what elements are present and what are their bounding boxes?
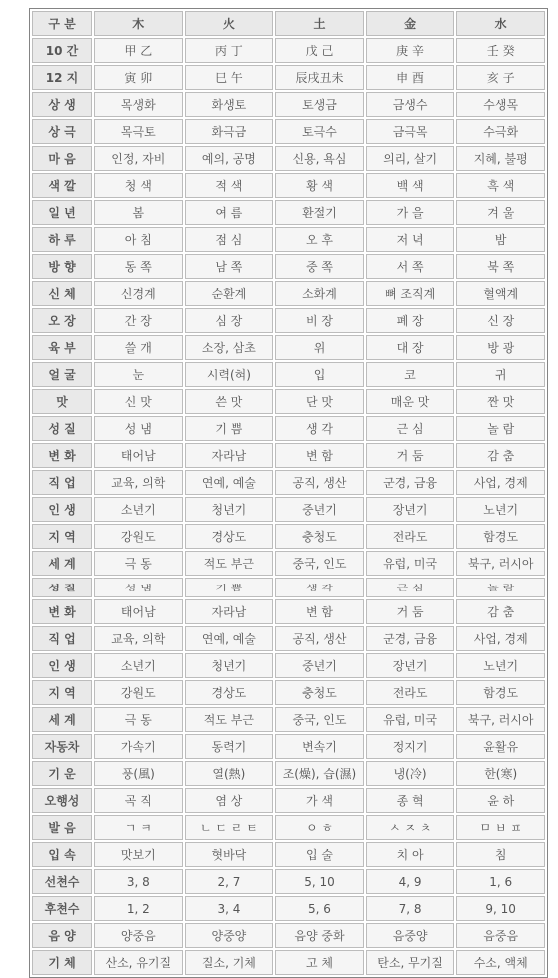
value-cell: ㅇ ㅎ bbox=[275, 815, 364, 840]
value-cell: 강원도 bbox=[94, 680, 183, 705]
value-cell: 귀 bbox=[456, 362, 545, 387]
row-label-cell: 방 향 bbox=[32, 254, 92, 279]
page: 구 분 木 火 土 金 水 10 간甲 乙丙 丁戊 己庚 辛壬 癸12 지寅 卯… bbox=[0, 0, 558, 925]
value-cell: 성 냄 bbox=[94, 416, 183, 441]
value-cell: 甲 乙 bbox=[94, 38, 183, 63]
value-cell: 巳 午 bbox=[185, 65, 274, 90]
value-cell: 혓바닥 bbox=[185, 842, 274, 867]
value-cell: 2, 7 bbox=[185, 869, 274, 894]
value-cell: 질소, 기체 bbox=[185, 950, 274, 975]
row-label-cell: 지 역 bbox=[32, 524, 92, 549]
row-label-cell: 10 간 bbox=[32, 38, 92, 63]
row-label-cell: 마 음 bbox=[32, 146, 92, 171]
row-label-cell: 기 체 bbox=[32, 950, 92, 975]
value-cell: 양중양 bbox=[185, 923, 274, 948]
value-cell: 중년기 bbox=[275, 653, 364, 678]
value-cell: 1, 2 bbox=[94, 896, 183, 921]
value-cell: ㄴ ㄷ ㄹ ㅌ bbox=[185, 815, 274, 840]
header-fire: 火 bbox=[185, 11, 274, 36]
value-cell: 짠 맛 bbox=[456, 389, 545, 414]
value-cell: 쓸 개 bbox=[94, 335, 183, 360]
table-row: 일 년봄여 름환절기가 을겨 울 bbox=[32, 200, 545, 225]
table-row: 오행성곡 직염 상가 색종 혁윤 하 bbox=[32, 788, 545, 813]
row-label-cell: 기 운 bbox=[32, 761, 92, 786]
table-row: 자동차가속기동력기변속기정지기윤활유 bbox=[32, 734, 545, 759]
table-row: 세 계극 동적도 부근중국, 인도유럽, 미국북구, 러시아 bbox=[32, 551, 545, 576]
value-cell: 군경, 금융 bbox=[366, 626, 455, 651]
value-cell: 점 심 bbox=[185, 227, 274, 252]
table-row: 하 루아 침점 심오 후저 녁밤 bbox=[32, 227, 545, 252]
row-label-cell: 직 업 bbox=[32, 470, 92, 495]
value-cell: 감 춤 bbox=[456, 443, 545, 468]
value-cell: 근 심 bbox=[366, 578, 455, 597]
row-label-cell: 성 질 bbox=[32, 578, 92, 597]
value-cell: 황 색 bbox=[275, 173, 364, 198]
row-label-cell: 색 깔 bbox=[32, 173, 92, 198]
value-cell: 소년기 bbox=[94, 497, 183, 522]
value-cell: 백 색 bbox=[366, 173, 455, 198]
value-cell: 토생금 bbox=[275, 92, 364, 117]
value-cell: 매운 맛 bbox=[366, 389, 455, 414]
row-label-cell: 얼 굴 bbox=[32, 362, 92, 387]
row-label-cell: 인 생 bbox=[32, 653, 92, 678]
value-cell: 7, 8 bbox=[366, 896, 455, 921]
table-row: 후쳔수1, 23, 45, 67, 89, 10 bbox=[32, 896, 545, 921]
value-cell: 소장, 삼초 bbox=[185, 335, 274, 360]
value-cell: 함경도 bbox=[456, 524, 545, 549]
value-cell: 노년기 bbox=[456, 497, 545, 522]
row-label-cell: 신 체 bbox=[32, 281, 92, 306]
value-cell: 공직, 생산 bbox=[275, 626, 364, 651]
table-row: 10 간甲 乙丙 丁戊 己庚 辛壬 癸 bbox=[32, 38, 545, 63]
value-cell: 단 맛 bbox=[275, 389, 364, 414]
value-cell: 자라남 bbox=[185, 443, 274, 468]
table-row: 마 음인정, 자비예의, 공명신용, 욕심의리, 살기지혜, 불평 bbox=[32, 146, 545, 171]
value-cell: 기 쁨 bbox=[185, 578, 274, 597]
header-row: 구 분 木 火 土 金 水 bbox=[32, 11, 545, 36]
value-cell: 오 후 bbox=[275, 227, 364, 252]
value-cell: 교육, 의학 bbox=[94, 626, 183, 651]
row-label-cell: 맛 bbox=[32, 389, 92, 414]
value-cell: 亥 子 bbox=[456, 65, 545, 90]
value-cell: 경상도 bbox=[185, 524, 274, 549]
value-cell: 강원도 bbox=[94, 524, 183, 549]
table-body: 10 간甲 乙丙 丁戊 己庚 辛壬 癸12 지寅 卯巳 午辰戌丑未申 酉亥 子상… bbox=[32, 38, 545, 975]
table-row: 음 양양중음양중양음양 중화음중양음중음 bbox=[32, 923, 545, 948]
value-cell: 겨 울 bbox=[456, 200, 545, 225]
row-label-cell: 세 계 bbox=[32, 707, 92, 732]
value-cell: 봄 bbox=[94, 200, 183, 225]
value-cell: 유럽, 미국 bbox=[366, 707, 455, 732]
value-cell: 거 둠 bbox=[366, 443, 455, 468]
value-cell: ㅅ ㅈ ㅊ bbox=[366, 815, 455, 840]
value-cell: 예의, 공명 bbox=[185, 146, 274, 171]
value-cell: 종 혁 bbox=[366, 788, 455, 813]
value-cell: 산소, 유기질 bbox=[94, 950, 183, 975]
row-label-cell: 오 장 bbox=[32, 308, 92, 333]
value-cell: 교육, 의학 bbox=[94, 470, 183, 495]
value-cell: 지혜, 불평 bbox=[456, 146, 545, 171]
value-cell: 놀 람 bbox=[456, 578, 545, 597]
value-cell: 중년기 bbox=[275, 497, 364, 522]
value-cell: 순환계 bbox=[185, 281, 274, 306]
value-cell: 청년기 bbox=[185, 497, 274, 522]
table-row: 12 지寅 卯巳 午辰戌丑未申 酉亥 子 bbox=[32, 65, 545, 90]
value-cell: 폐 장 bbox=[366, 308, 455, 333]
value-cell: 인정, 자비 bbox=[94, 146, 183, 171]
value-cell: 쓴 맛 bbox=[185, 389, 274, 414]
value-cell: 1, 6 bbox=[456, 869, 545, 894]
value-cell: 혈액계 bbox=[456, 281, 545, 306]
value-cell: 변 함 bbox=[275, 599, 364, 624]
value-cell: 동 쪽 bbox=[94, 254, 183, 279]
table-row: 육 부쓸 개소장, 삼초위대 장방 광 bbox=[32, 335, 545, 360]
table-row: 성 질성 냄기 쁨생 각근 심놀 람 bbox=[32, 416, 545, 441]
value-cell: 아 침 bbox=[94, 227, 183, 252]
value-cell: 눈 bbox=[94, 362, 183, 387]
value-cell: 壬 癸 bbox=[456, 38, 545, 63]
header-wood: 木 bbox=[94, 11, 183, 36]
value-cell: 북구, 러시아 bbox=[456, 707, 545, 732]
value-cell: 동력기 bbox=[185, 734, 274, 759]
value-cell: 화생토 bbox=[185, 92, 274, 117]
value-cell: 염 상 bbox=[185, 788, 274, 813]
value-cell: 9, 10 bbox=[456, 896, 545, 921]
value-cell: 연예, 예술 bbox=[185, 470, 274, 495]
value-cell: 화극금 bbox=[185, 119, 274, 144]
value-cell: 풍(風) bbox=[94, 761, 183, 786]
value-cell: 북 쪽 bbox=[456, 254, 545, 279]
table-row: 성 질성 냄기 쁨생 각근 심놀 람 bbox=[32, 578, 545, 597]
value-cell: 중국, 인도 bbox=[275, 707, 364, 732]
table-row: 인 생소년기청년기중년기장년기노년기 bbox=[32, 653, 545, 678]
table-row: 상 생목생화화생토토생금금생수수생목 bbox=[32, 92, 545, 117]
row-label-cell: 세 계 bbox=[32, 551, 92, 576]
value-cell: 사업, 경제 bbox=[456, 626, 545, 651]
value-cell: 침 bbox=[456, 842, 545, 867]
value-cell: 심 장 bbox=[185, 308, 274, 333]
value-cell: 경상도 bbox=[185, 680, 274, 705]
table-row: 맛신 맛쓴 맛단 맛매운 맛짠 맛 bbox=[32, 389, 545, 414]
value-cell: 의리, 살기 bbox=[366, 146, 455, 171]
value-cell: 생 각 bbox=[275, 578, 364, 597]
value-cell: 뼈 조직계 bbox=[366, 281, 455, 306]
value-cell: 전라도 bbox=[366, 524, 455, 549]
table-row: 세 계극 동적도 부근중국, 인도유럽, 미국북구, 러시아 bbox=[32, 707, 545, 732]
table-row: 기 체산소, 유기질질소, 기체고 체탄소, 무기질수소, 액체 bbox=[32, 950, 545, 975]
value-cell: 수극화 bbox=[456, 119, 545, 144]
table-row: 직 업교육, 의학연예, 예술공직, 생산군경, 금융사업, 경제 bbox=[32, 470, 545, 495]
value-cell: 4, 9 bbox=[366, 869, 455, 894]
row-label-cell: 자동차 bbox=[32, 734, 92, 759]
value-cell: 충청도 bbox=[275, 524, 364, 549]
value-cell: 3, 4 bbox=[185, 896, 274, 921]
header-water: 水 bbox=[456, 11, 545, 36]
value-cell: 곡 직 bbox=[94, 788, 183, 813]
value-cell: 수생목 bbox=[456, 92, 545, 117]
row-label-cell: 상 생 bbox=[32, 92, 92, 117]
row-label-cell: 오행성 bbox=[32, 788, 92, 813]
value-cell: 탄소, 무기질 bbox=[366, 950, 455, 975]
value-cell: 음중양 bbox=[366, 923, 455, 948]
value-cell: 군경, 금융 bbox=[366, 470, 455, 495]
value-cell: 소화계 bbox=[275, 281, 364, 306]
value-cell: 가 색 bbox=[275, 788, 364, 813]
value-cell: 음양 중화 bbox=[275, 923, 364, 948]
value-cell: ㄱ ㅋ bbox=[94, 815, 183, 840]
value-cell: 흑 색 bbox=[456, 173, 545, 198]
row-label-cell: 변 화 bbox=[32, 599, 92, 624]
value-cell: 서 쪽 bbox=[366, 254, 455, 279]
row-label-cell: 인 생 bbox=[32, 497, 92, 522]
value-cell: 5, 10 bbox=[275, 869, 364, 894]
value-cell: 장년기 bbox=[366, 653, 455, 678]
value-cell: 5, 6 bbox=[275, 896, 364, 921]
row-label-cell: 성 질 bbox=[32, 416, 92, 441]
value-cell: 함경도 bbox=[456, 680, 545, 705]
row-label-cell: 하 루 bbox=[32, 227, 92, 252]
table-row: 선쳔수3, 82, 75, 104, 91, 6 bbox=[32, 869, 545, 894]
row-label-cell: 후쳔수 bbox=[32, 896, 92, 921]
header-category: 구 분 bbox=[32, 11, 92, 36]
five-elements-table: 구 분 木 火 土 金 水 10 간甲 乙丙 丁戊 己庚 辛壬 癸12 지寅 卯… bbox=[29, 8, 548, 978]
value-cell: 변 함 bbox=[275, 443, 364, 468]
value-cell: 庚 辛 bbox=[366, 38, 455, 63]
value-cell: 음중음 bbox=[456, 923, 545, 948]
value-cell: 청년기 bbox=[185, 653, 274, 678]
header-earth: 土 bbox=[275, 11, 364, 36]
value-cell: 간 장 bbox=[94, 308, 183, 333]
value-cell: 공직, 생산 bbox=[275, 470, 364, 495]
value-cell: 소년기 bbox=[94, 653, 183, 678]
value-cell: 신 장 bbox=[456, 308, 545, 333]
value-cell: 성 냄 bbox=[94, 578, 183, 597]
value-cell: 놀 람 bbox=[456, 416, 545, 441]
value-cell: 입 술 bbox=[275, 842, 364, 867]
table-row: 변 화태어남자라남변 함거 둠감 춤 bbox=[32, 443, 545, 468]
value-cell: 토극수 bbox=[275, 119, 364, 144]
value-cell: 한(寒) bbox=[456, 761, 545, 786]
value-cell: 적도 부근 bbox=[185, 707, 274, 732]
table-row: 오 장간 장심 장비 장폐 장신 장 bbox=[32, 308, 545, 333]
value-cell: 북구, 러시아 bbox=[456, 551, 545, 576]
table-row: 인 생소년기청년기중년기장년기노년기 bbox=[32, 497, 545, 522]
header-metal: 金 bbox=[366, 11, 455, 36]
value-cell: 적 색 bbox=[185, 173, 274, 198]
table-row: 변 화태어남자라남변 함거 둠감 춤 bbox=[32, 599, 545, 624]
value-cell: 밤 bbox=[456, 227, 545, 252]
table-row: 상 극목극토화극금토극수금극목수극화 bbox=[32, 119, 545, 144]
value-cell: 3, 8 bbox=[94, 869, 183, 894]
value-cell: 방 광 bbox=[456, 335, 545, 360]
value-cell: 극 동 bbox=[94, 551, 183, 576]
value-cell: 신용, 욕심 bbox=[275, 146, 364, 171]
value-cell: 대 장 bbox=[366, 335, 455, 360]
value-cell: 유럽, 미국 bbox=[366, 551, 455, 576]
row-label-cell: 입 속 bbox=[32, 842, 92, 867]
value-cell: 정지기 bbox=[366, 734, 455, 759]
value-cell: 윤 하 bbox=[456, 788, 545, 813]
table-row: 방 향동 쪽남 쪽중 쪽서 쪽북 쪽 bbox=[32, 254, 545, 279]
value-cell: 태어남 bbox=[94, 443, 183, 468]
value-cell: 태어남 bbox=[94, 599, 183, 624]
row-label-cell: 선쳔수 bbox=[32, 869, 92, 894]
table-row: 지 역강원도경상도충청도전라도함경도 bbox=[32, 680, 545, 705]
value-cell: 거 둠 bbox=[366, 599, 455, 624]
value-cell: 신 맛 bbox=[94, 389, 183, 414]
value-cell: 윤활유 bbox=[456, 734, 545, 759]
value-cell: 열(熱) bbox=[185, 761, 274, 786]
value-cell: 戊 己 bbox=[275, 38, 364, 63]
table-row: 기 운풍(風)열(熱)조(燥), 습(濕)냉(冷)한(寒) bbox=[32, 761, 545, 786]
value-cell: 辰戌丑未 bbox=[275, 65, 364, 90]
value-cell: 기 쁨 bbox=[185, 416, 274, 441]
table-row: 색 깔청 색적 색황 색백 색흑 색 bbox=[32, 173, 545, 198]
value-cell: 寅 卯 bbox=[94, 65, 183, 90]
value-cell: 생 각 bbox=[275, 416, 364, 441]
table-row: 발 음ㄱ ㅋㄴ ㄷ ㄹ ㅌㅇ ㅎㅅ ㅈ ㅊㅁ ㅂ ㅍ bbox=[32, 815, 545, 840]
value-cell: 냉(冷) bbox=[366, 761, 455, 786]
value-cell: 가 을 bbox=[366, 200, 455, 225]
value-cell: 시력(혀) bbox=[185, 362, 274, 387]
row-label-cell: 변 화 bbox=[32, 443, 92, 468]
row-label-cell: 지 역 bbox=[32, 680, 92, 705]
row-label-cell: 12 지 bbox=[32, 65, 92, 90]
value-cell: 근 심 bbox=[366, 416, 455, 441]
value-cell: 申 酉 bbox=[366, 65, 455, 90]
value-cell: 비 장 bbox=[275, 308, 364, 333]
value-cell: 목생화 bbox=[94, 92, 183, 117]
value-cell: 중국, 인도 bbox=[275, 551, 364, 576]
table-row: 입 속맛보기혓바닥입 술치 아침 bbox=[32, 842, 545, 867]
value-cell: 충청도 bbox=[275, 680, 364, 705]
value-cell: 저 녁 bbox=[366, 227, 455, 252]
table-row: 신 체신경계순환계소화계뼈 조직계혈액계 bbox=[32, 281, 545, 306]
row-label-cell: 육 부 bbox=[32, 335, 92, 360]
value-cell: 적도 부근 bbox=[185, 551, 274, 576]
value-cell: 치 아 bbox=[366, 842, 455, 867]
value-cell: 조(燥), 습(濕) bbox=[275, 761, 364, 786]
value-cell: 코 bbox=[366, 362, 455, 387]
value-cell: 고 체 bbox=[275, 950, 364, 975]
value-cell: 신경계 bbox=[94, 281, 183, 306]
value-cell: 중 쪽 bbox=[275, 254, 364, 279]
value-cell: 사업, 경제 bbox=[456, 470, 545, 495]
value-cell: 연예, 예술 bbox=[185, 626, 274, 651]
value-cell: 가속기 bbox=[94, 734, 183, 759]
value-cell: 목극토 bbox=[94, 119, 183, 144]
table-row: 지 역강원도경상도충청도전라도함경도 bbox=[32, 524, 545, 549]
value-cell: 감 춤 bbox=[456, 599, 545, 624]
value-cell: 입 bbox=[275, 362, 364, 387]
value-cell: 금생수 bbox=[366, 92, 455, 117]
value-cell: 장년기 bbox=[366, 497, 455, 522]
row-label-cell: 발 음 bbox=[32, 815, 92, 840]
value-cell: ㅁ ㅂ ㅍ bbox=[456, 815, 545, 840]
row-label-cell: 직 업 bbox=[32, 626, 92, 651]
value-cell: 노년기 bbox=[456, 653, 545, 678]
value-cell: 전라도 bbox=[366, 680, 455, 705]
value-cell: 극 동 bbox=[94, 707, 183, 732]
value-cell: 남 쪽 bbox=[185, 254, 274, 279]
row-label-cell: 상 극 bbox=[32, 119, 92, 144]
value-cell: 변속기 bbox=[275, 734, 364, 759]
value-cell: 금극목 bbox=[366, 119, 455, 144]
value-cell: 위 bbox=[275, 335, 364, 360]
value-cell: 청 색 bbox=[94, 173, 183, 198]
value-cell: 환절기 bbox=[275, 200, 364, 225]
row-label-cell: 음 양 bbox=[32, 923, 92, 948]
row-label-cell: 일 년 bbox=[32, 200, 92, 225]
value-cell: 자라남 bbox=[185, 599, 274, 624]
value-cell: 丙 丁 bbox=[185, 38, 274, 63]
table-row: 얼 굴눈시력(혀)입코귀 bbox=[32, 362, 545, 387]
value-cell: 맛보기 bbox=[94, 842, 183, 867]
table-row: 직 업교육, 의학연예, 예술공직, 생산군경, 금융사업, 경제 bbox=[32, 626, 545, 651]
value-cell: 양중음 bbox=[94, 923, 183, 948]
value-cell: 수소, 액체 bbox=[456, 950, 545, 975]
value-cell: 여 름 bbox=[185, 200, 274, 225]
